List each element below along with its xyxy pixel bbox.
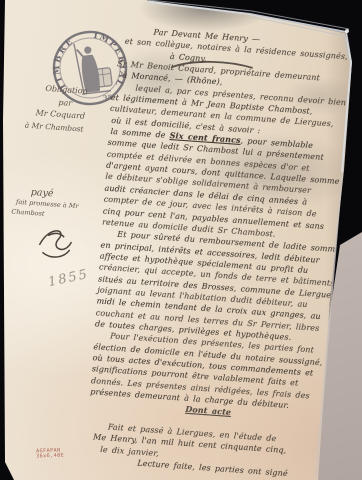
photo-background: TIMBRE IMPERIAL 35 ObligationparMr Coqua…: [0, 0, 362, 480]
margin-title-note: ObligationparMr Coquardà Mr Chambost: [32, 82, 88, 136]
margin-note-line: Obligation: [45, 83, 88, 98]
notary-paraph-flourish: [32, 222, 80, 264]
film-marker: AGFAPAN 36x6,40E: [36, 448, 64, 459]
pencil-year-note: 1855: [47, 267, 90, 290]
margin-paid-note: payéfait promesse à MrChambost: [15, 187, 79, 221]
manuscript-text: Par Devant Me Henry —et son collègue, no…: [85, 24, 353, 480]
film-marker-line2: 36x6,40E: [36, 453, 64, 459]
manuscript-page: TIMBRE IMPERIAL 35 ObligationparMr Coqua…: [0, 0, 362, 480]
